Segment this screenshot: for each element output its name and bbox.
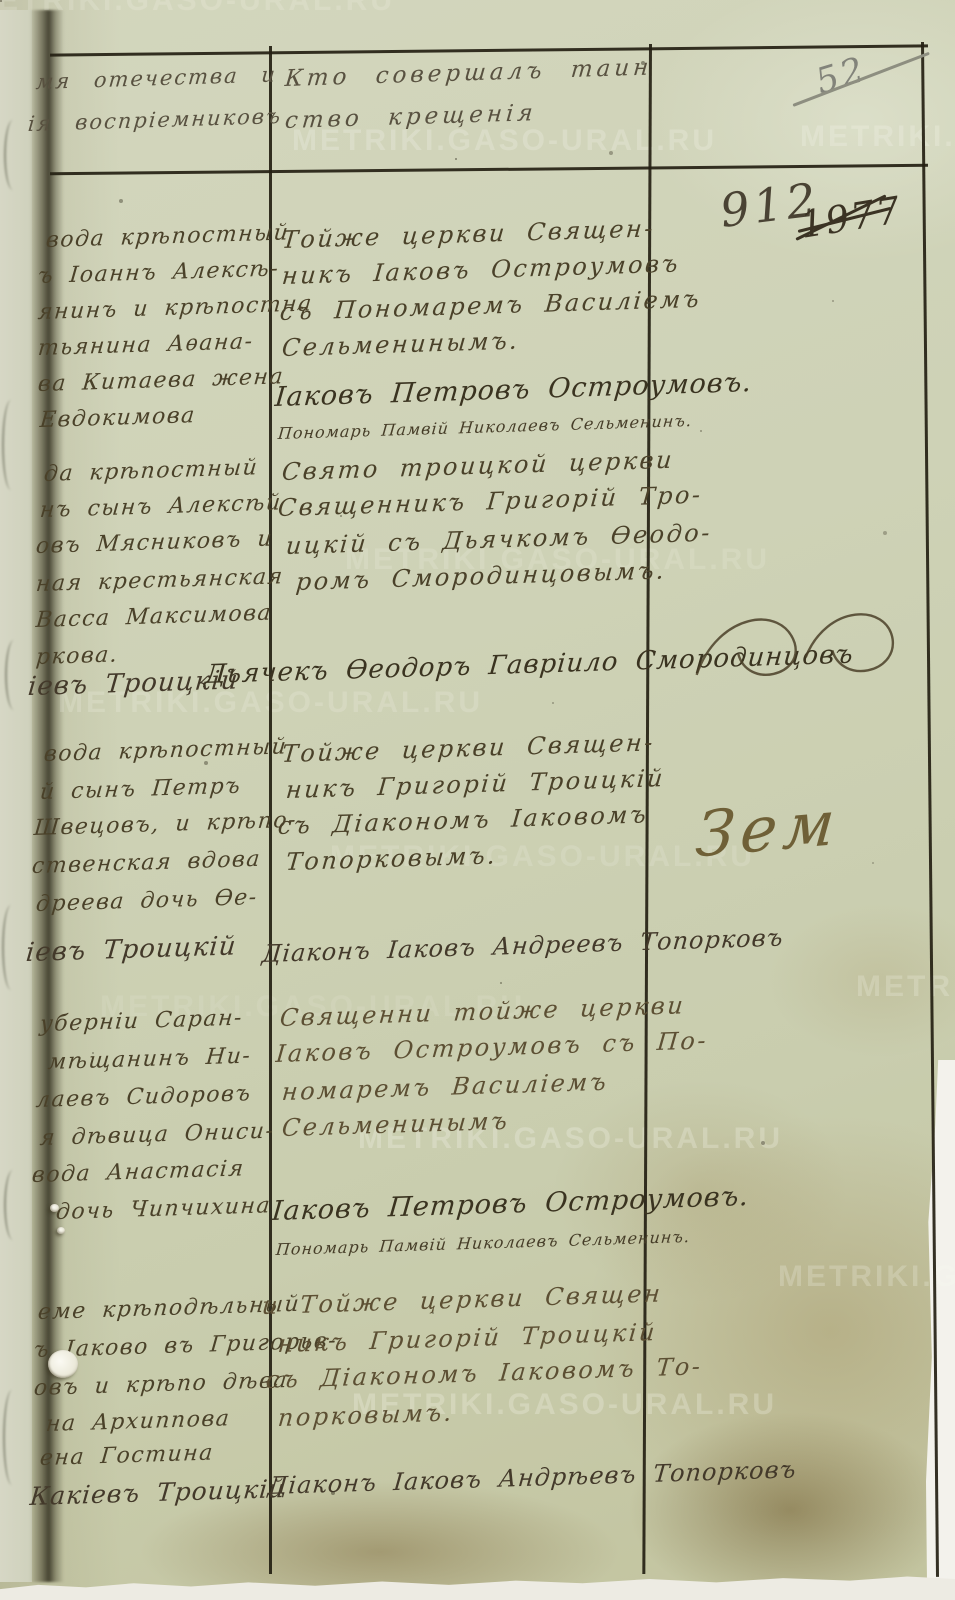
clergy-line: порковымъ. xyxy=(277,1398,456,1432)
godparents-line: ркова. xyxy=(35,642,120,670)
ink-flourish: Зем xyxy=(693,785,844,871)
watermark: METRIKI.GASO-URAL.RU xyxy=(856,970,955,1004)
watermark: METRIKI.GASO-URAL.RU xyxy=(0,0,395,18)
watermark: METRIKI.GASO-URAL.RU xyxy=(778,1260,955,1294)
paper-specks xyxy=(0,0,2,2)
bleedthrough-mark xyxy=(4,1170,22,1240)
godparents-line: Евдокимова xyxy=(39,403,197,433)
paper-hole xyxy=(57,1227,65,1234)
bleedthrough-mark xyxy=(2,400,20,490)
watermark: METRIKI.GASO-URAL.RU xyxy=(800,120,955,154)
signature-flourish xyxy=(690,598,900,698)
previous-page-edge xyxy=(0,10,32,1582)
bleedthrough-mark xyxy=(2,905,20,990)
bleedthrough-mark xyxy=(5,640,23,710)
document-scan: METRIKI.GASO-URAL.RU METRIKI.GASO-URAL.R… xyxy=(0,0,955,1600)
paper-hole xyxy=(50,1204,59,1212)
bleedthrough-mark xyxy=(3,1390,21,1485)
paper-hole xyxy=(48,1350,78,1378)
bleedthrough-mark xyxy=(4,120,22,190)
